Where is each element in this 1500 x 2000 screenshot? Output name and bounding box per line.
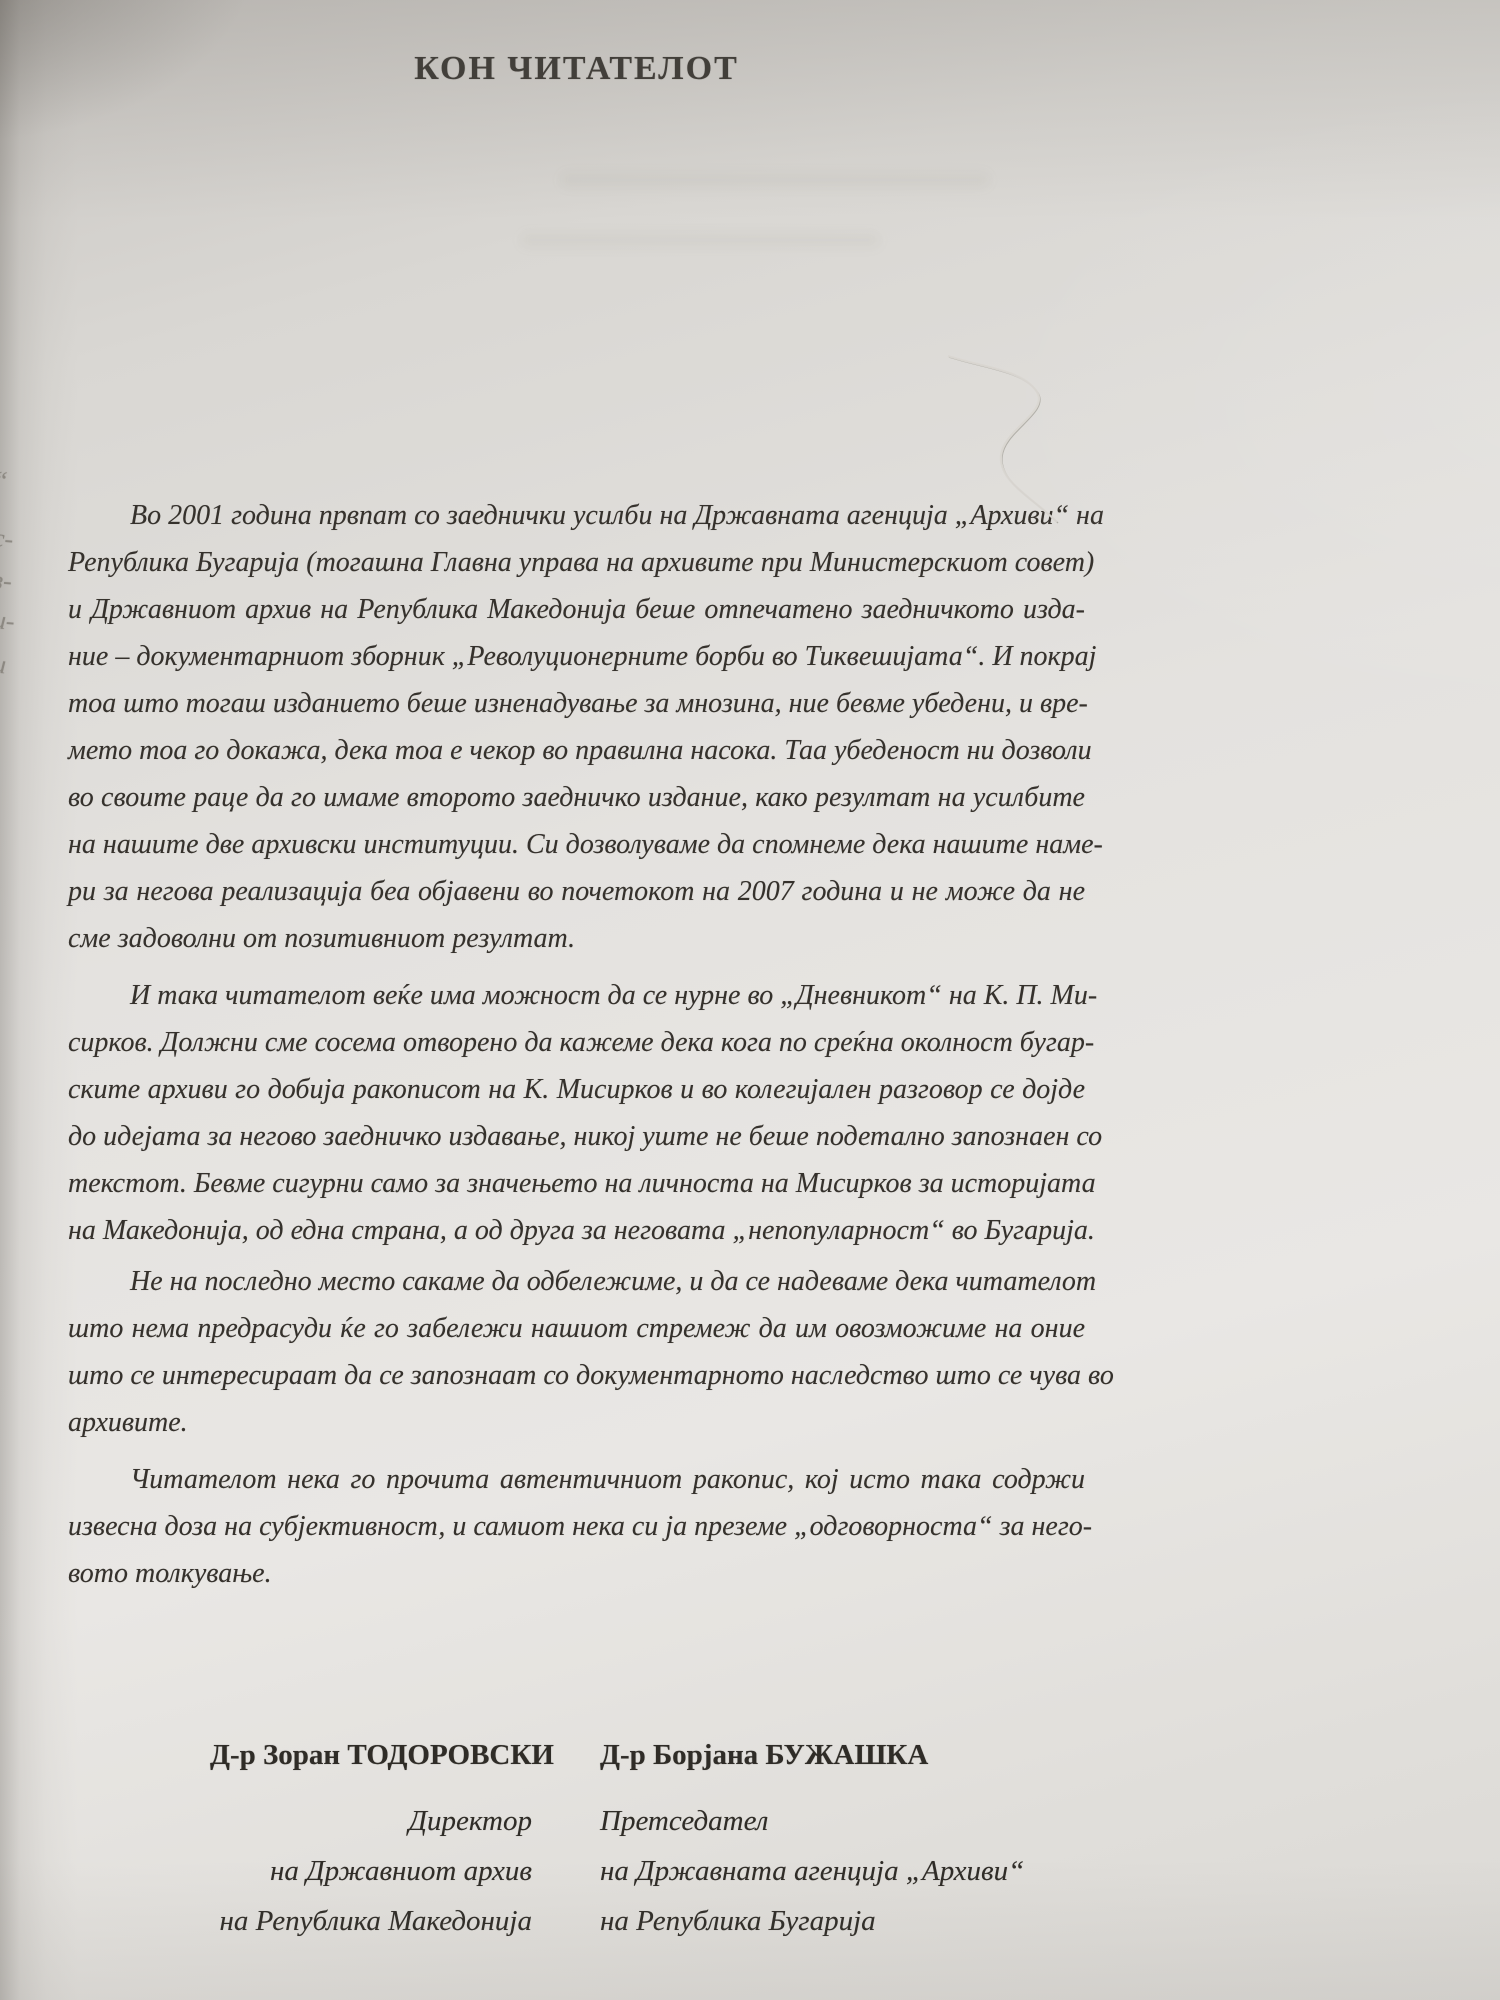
text-line: вото толкување. — [68, 1550, 1085, 1597]
text-line: сирков. Должни сме сосема отворено да ка… — [68, 1019, 1085, 1066]
spine-text-fragment: “ — [0, 466, 8, 497]
signatory-role-line: на Државниот архив — [210, 1846, 532, 1896]
text-line: извесна доза на субјективност, и самиот … — [68, 1503, 1085, 1550]
paragraph: Читателот нека го прочита автентичниот р… — [68, 1456, 1085, 1597]
text-line: И така читателот веќе има можност да се … — [68, 972, 1085, 1019]
text-line: Читателот нека го прочита автентичниот р… — [68, 1456, 1085, 1503]
signatory-role-line: Претседател — [600, 1796, 1040, 1846]
signatory-role-line: на Република Македонија — [210, 1896, 532, 1946]
signatory-name: Д-р Борјана БУЖАШКА — [600, 1738, 1040, 1772]
hair-fiber — [915, 330, 1115, 550]
text-line: архивите. — [68, 1399, 1085, 1446]
bleed-through-smudge — [560, 172, 990, 188]
spine-text-fragment: с- — [0, 523, 14, 554]
text-line: ските архиви го добија ракописот на К. М… — [68, 1066, 1085, 1113]
spine-text-fragment: и- — [0, 605, 16, 636]
text-line: до идејата за негово заедничко издавање,… — [68, 1113, 1085, 1160]
signatory-role-line: Директор — [210, 1796, 532, 1846]
text-line: ри за негова реализација беа објавени во… — [68, 868, 1085, 915]
spine-text-fragment: з- — [0, 565, 13, 596]
text-line: Не на последно место сакаме да одбележим… — [68, 1258, 1085, 1305]
text-line: што нема предрасуди ќе го забележи нашио… — [68, 1305, 1085, 1352]
page-title: КОН ЧИТАТЕЛОТ — [68, 50, 1085, 88]
signatory-role-line: на Државната агенција „Архиви“ — [600, 1846, 1040, 1896]
book-page-photo: КОН ЧИТАТЕЛОТ Во 2001 година првпат со з… — [0, 0, 1500, 2000]
text-line: мето тоа го докажа, дека тоа е чекор во … — [68, 727, 1085, 774]
signature-block-left: Д-р Зоран ТОДОРОВСКИ Директор на Државни… — [210, 1738, 532, 1946]
text-line: во своите раце да го имаме второто заедн… — [68, 774, 1085, 821]
signatory-role-line: на Република Бугарија — [600, 1896, 1040, 1946]
spine-text-fragment: и — [0, 650, 7, 681]
text-line: што се интересираат да се запознаат со д… — [68, 1352, 1085, 1399]
bleed-through-smudge — [520, 232, 880, 248]
text-line: ние – документарниот зборник „Револуцион… — [68, 633, 1085, 680]
text-line: и Државниот архив на Република Македониј… — [68, 586, 1085, 633]
text-line: на нашите две архивски институции. Си до… — [68, 821, 1085, 868]
text-line: сме задоволни от позитивниот резултат. — [68, 915, 1085, 962]
paragraph: Не на последно место сакаме да одбележим… — [68, 1258, 1085, 1446]
paragraph: Во 2001 година првпат со заеднички усилб… — [68, 492, 1085, 962]
signatory-name: Д-р Зоран ТОДОРОВСКИ — [210, 1738, 532, 1772]
text-line: на Македонија, од една страна, а од друг… — [68, 1207, 1085, 1254]
signature-block-right: Д-р Борјана БУЖАШКА Претседател на Држав… — [600, 1738, 1040, 1946]
paragraph: И така читателот веќе има можност да се … — [68, 972, 1085, 1254]
text-line: текстот. Бевме сигурни само за значењето… — [68, 1160, 1085, 1207]
text-line: тоа што тогаш изданието беше изненадувањ… — [68, 680, 1085, 727]
